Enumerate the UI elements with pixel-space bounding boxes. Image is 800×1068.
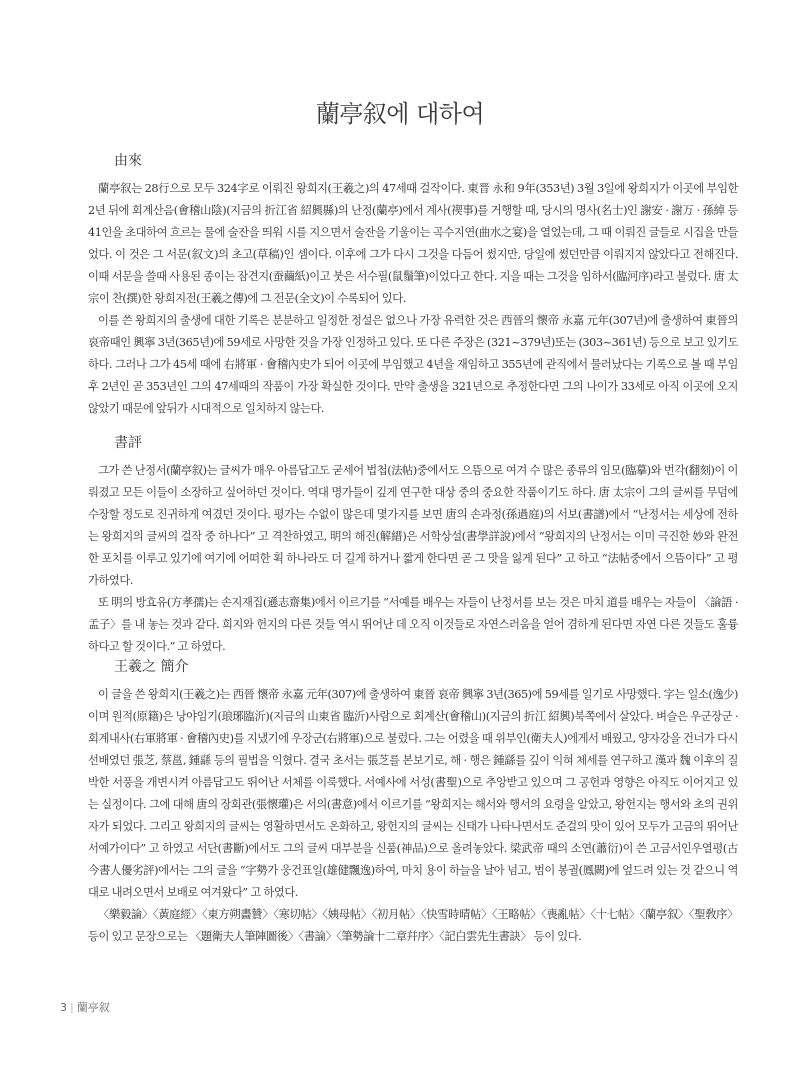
section-biography: 王羲之 簡介 이 글을 쓴 왕희지(王羲之)는 西晉 懷帝 永嘉 元年(307)… xyxy=(88,656,738,948)
footer-separator: | xyxy=(70,1001,74,1014)
paragraph: 이를 쓴 왕희지의 출생에 대한 기록은 분분하고 일정한 정설은 없으나 가장… xyxy=(88,310,738,420)
page-title: 蘭亭叙에 대하여 xyxy=(0,94,800,129)
section-origin: 由來 蘭亭叙는 28行으로 모두 324字로 이뤄진 왕희지(王羲之)의 47세… xyxy=(88,150,738,420)
page-footer: 3|蘭亭叙 xyxy=(60,999,110,1015)
paragraph: 蘭亭叙는 28行으로 모두 324字로 이뤄진 왕희지(王羲之)의 47세때 걸… xyxy=(88,178,738,310)
section-heading: 王羲之 簡介 xyxy=(114,656,738,676)
paragraph: 이 글을 쓴 왕희지(王羲之)는 西晉 懷帝 永嘉 元年(307)에 출생하여 … xyxy=(88,684,738,904)
paragraph: 〈樂毅論〉〈黃庭經〉〈東方朔畵贊〉〈寒切帖〉〈姨母帖〉〈初月帖〉〈快雪時晴帖〉〈… xyxy=(88,904,738,948)
paragraph: 그가 쓴 난정서(蘭亭叙)는 글씨가 매우 아름답고도 굳세어 법첩(法帖)중에… xyxy=(88,460,738,592)
section-heading: 由來 xyxy=(114,150,738,170)
paragraph: 또 明의 방효유(方孝孺)는 손지재집(遜志齋集)에서 이르기를 “서예를 배우… xyxy=(88,592,738,658)
section-heading: 書評 xyxy=(114,432,738,452)
running-title: 蘭亭叙 xyxy=(77,1001,110,1014)
page-number: 3 xyxy=(60,1001,67,1014)
section-review: 書評 그가 쓴 난정서(蘭亭叙)는 글씨가 매우 아름답고도 굳세어 법첩(法帖… xyxy=(88,432,738,658)
